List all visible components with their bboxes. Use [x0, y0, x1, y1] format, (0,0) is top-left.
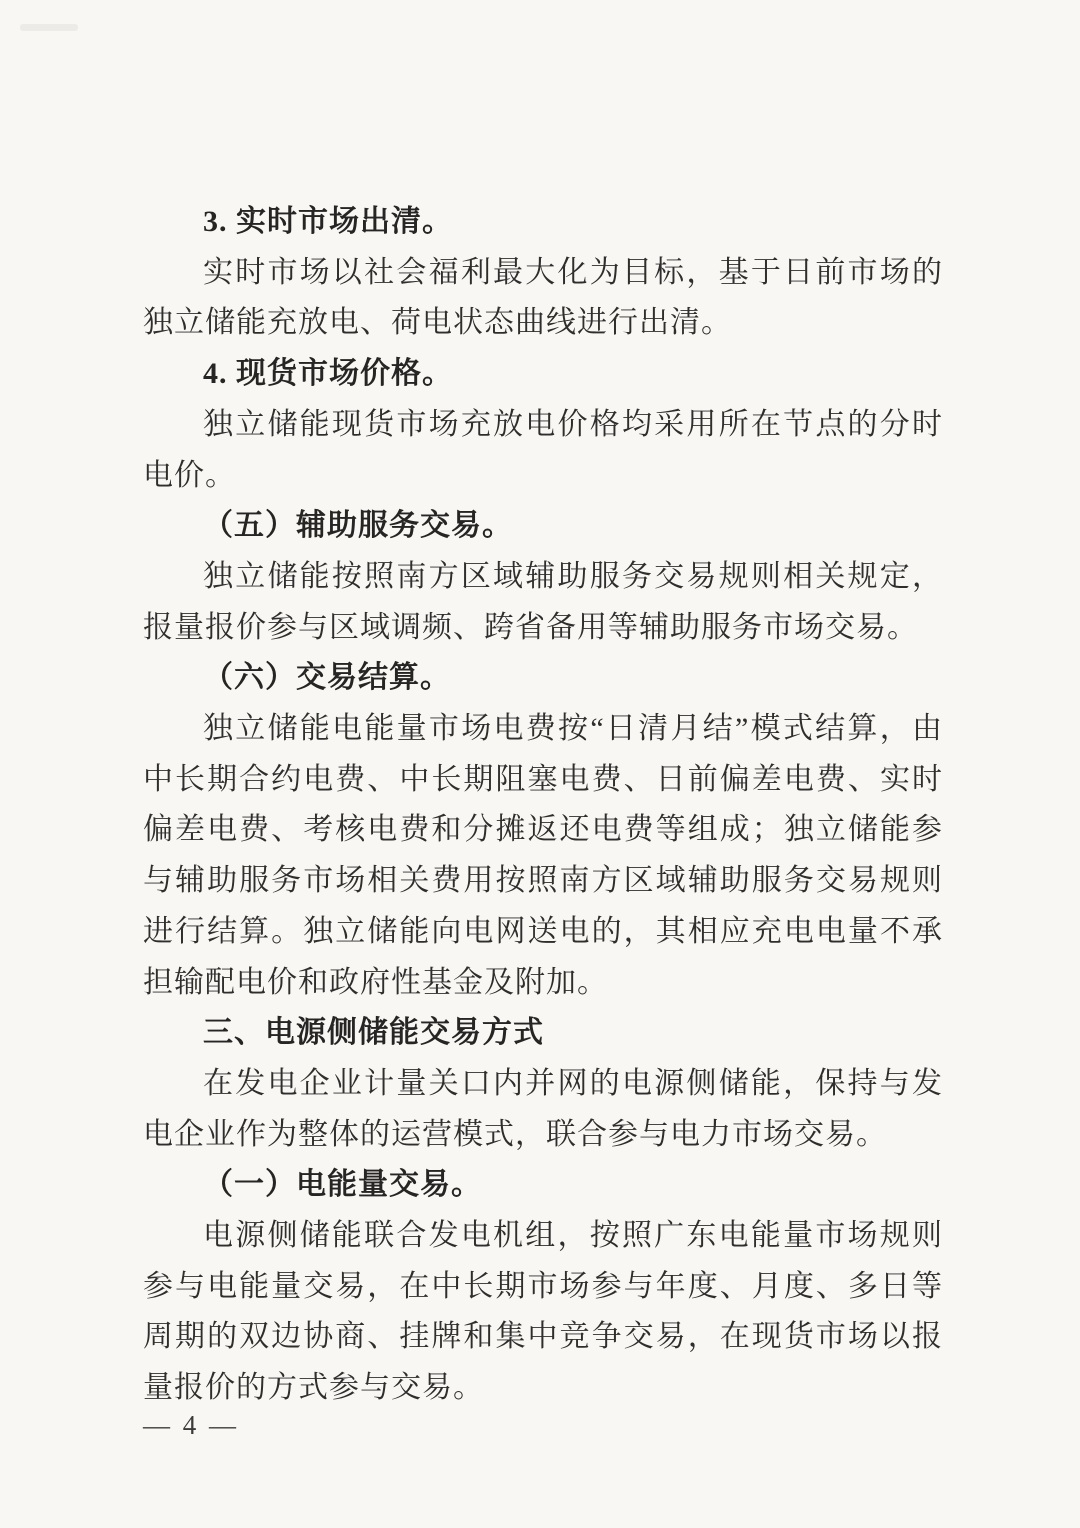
section-heading: 3. 实时市场出清。 [143, 197, 943, 248]
body-paragraph: 独立储能电能量市场电费按“日清月结”模式结算，由中长期合约电费、中长期阻塞电费、… [143, 704, 943, 1008]
body-paragraph: 在发电企业计量关口内并网的电源侧储能，保持与发电企业作为整体的运营模式，联合参与… [143, 1059, 943, 1160]
section-heading: 三、电源侧储能交易方式 [143, 1008, 943, 1059]
scan-smudge-artifact [20, 24, 78, 31]
body-paragraph: 独立储能现货市场充放电价格均采用所在节点的分时电价。 [143, 400, 943, 501]
section-heading: （五）辅助服务交易。 [143, 501, 943, 552]
section-heading: （六）交易结算。 [143, 653, 943, 704]
document-page: 3. 实时市场出清。实时市场以社会福利最大化为目标，基于日前市场的独立储能充放电… [0, 0, 1080, 1528]
page-number: — 4 — [143, 1410, 239, 1441]
document-body: 3. 实时市场出清。实时市场以社会福利最大化为目标，基于日前市场的独立储能充放电… [143, 197, 943, 1414]
body-paragraph: 独立储能按照南方区域辅助服务交易规则相关规定，报量报价参与区域调频、跨省备用等辅… [143, 552, 943, 653]
body-paragraph: 实时市场以社会福利最大化为目标，基于日前市场的独立储能充放电、荷电状态曲线进行出… [143, 248, 943, 349]
section-heading: 4. 现货市场价格。 [143, 349, 943, 400]
body-paragraph: 电源侧储能联合发电机组，按照广东电能量市场规则参与电能量交易，在中长期市场参与年… [143, 1211, 943, 1414]
section-heading: （一）电能量交易。 [143, 1160, 943, 1211]
